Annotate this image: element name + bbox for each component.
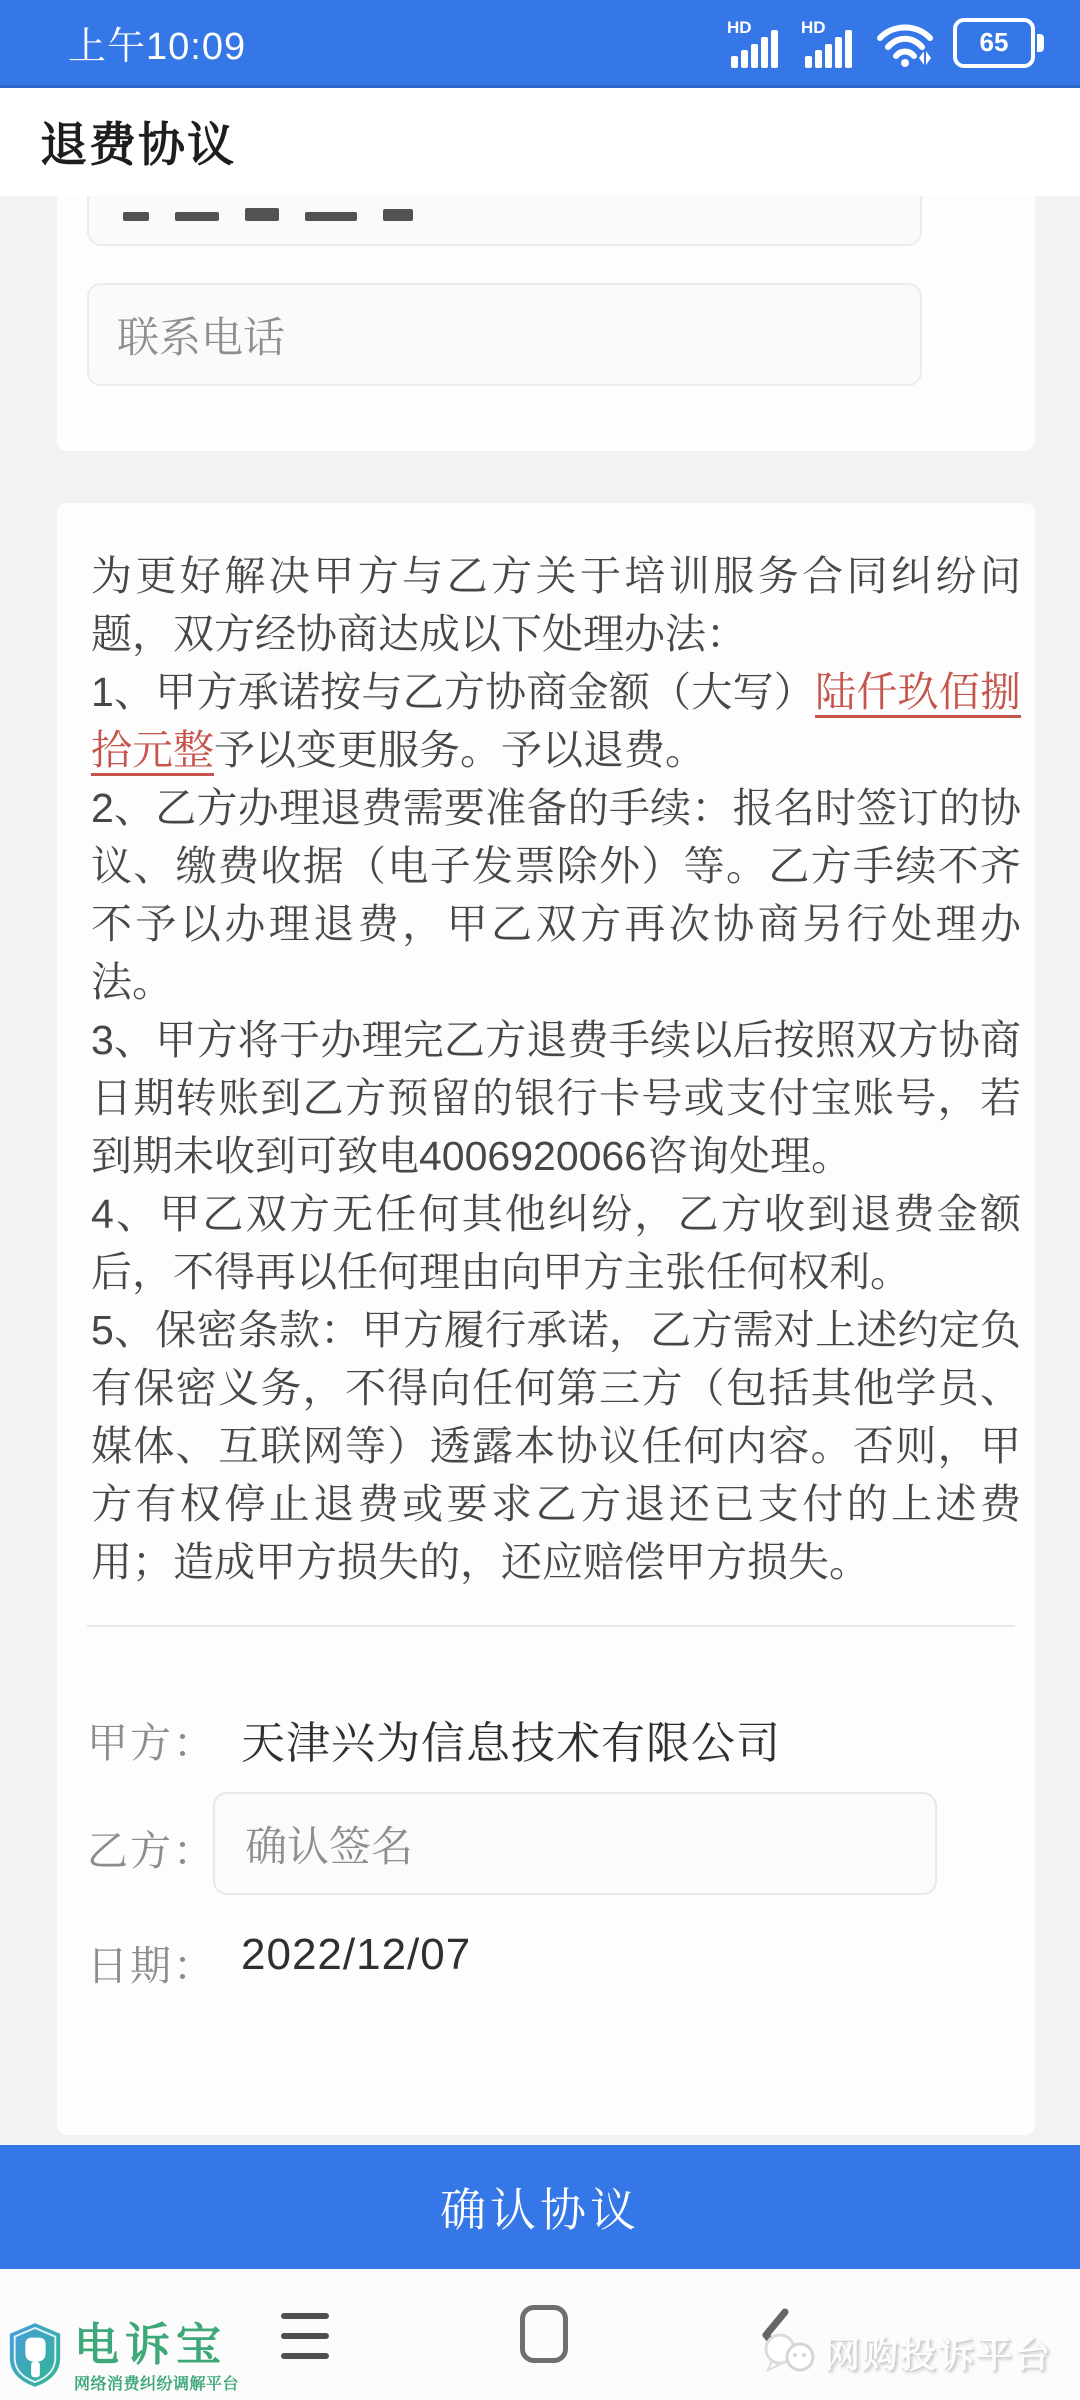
date-label: 日期： xyxy=(87,1933,216,1992)
status-bar: 上午10:09 HD HD xyxy=(0,0,1080,88)
dsb-logo: 电诉宝 网络消费纠纷调解平台 xyxy=(6,2321,239,2394)
dsb-logo-text: 电诉宝 xyxy=(74,2321,239,2369)
hd-signal-icon: HD xyxy=(727,18,783,68)
hd-signal-icon: HD xyxy=(801,18,857,68)
signature-placeholder: 确认签名 xyxy=(245,1814,413,1874)
agreement-clause-5: 5、保密条款：甲方履行承诺，乙方需对上述约定负有保密义务，不得向任何第三方（包括… xyxy=(91,1301,1021,1591)
party-b-label: 乙方： xyxy=(87,1818,216,1877)
party-a-label: 甲方： xyxy=(87,1710,216,1769)
cropped-text-fragment xyxy=(123,208,413,221)
chat-bubbles-icon xyxy=(762,2329,818,2377)
screen: 上午10:09 HD HD xyxy=(0,0,1080,2400)
dsb-logo-subtext: 网络消费纠纷调解平台 xyxy=(74,2371,239,2394)
party-a-value: 天津兴为信息技术有限公司 xyxy=(241,1707,781,1771)
contact-phone-input[interactable]: 联系电话 xyxy=(87,283,922,386)
confirm-agreement-button[interactable]: 确认协议 xyxy=(0,2145,1080,2269)
battery-icon: 65 xyxy=(953,18,1044,68)
watermark-text: 网购投诉平台 xyxy=(824,2327,1052,2378)
agreement-clause-2: 2、乙方办理退费需要准备的手续：报名时签订的协议、缴费收据（电子发票除外）等。乙… xyxy=(91,779,1021,1011)
signature-input[interactable]: 确认签名 xyxy=(213,1792,937,1895)
android-nav-bar: 电诉宝 网络消费纠纷调解平台 网购投诉平台 xyxy=(0,2269,1080,2400)
status-time: 上午10:09 xyxy=(68,15,246,70)
agreement-intro: 为更好解决甲方与乙方关于培训服务合同纠纷问题，双方经协商达成以下处理办法： xyxy=(91,547,1021,663)
agreement-clause-4: 4、甲乙双方无任何其他纠纷，乙方收到退费金额后，不得再以任何理由向甲方主张任何权… xyxy=(91,1185,1021,1301)
agreement-clause-3: 3、甲方将于办理完乙方退费手续以后按照双方协商日期转账到乙方预留的银行卡号或支付… xyxy=(91,1011,1021,1185)
battery-percent: 65 xyxy=(980,27,1009,58)
divider xyxy=(87,1625,1015,1627)
wifi-icon xyxy=(875,18,935,68)
agreement-clause-1: 1、甲方承诺按与乙方协商金额（大写）陆仟玖佰捌拾元整予以变更服务。予以退费。 xyxy=(91,663,1021,779)
agreement-card: 为更好解决甲方与乙方关于培训服务合同纠纷问题，双方经协商达成以下处理办法： 1、… xyxy=(57,503,1035,2135)
menu-icon[interactable] xyxy=(281,2299,329,2373)
agreement-text: 为更好解决甲方与乙方关于培训服务合同纠纷问题，双方经协商达成以下处理办法： 1、… xyxy=(91,547,1021,1591)
status-icons: HD HD xyxy=(727,18,1044,68)
cropped-field[interactable] xyxy=(87,196,922,246)
contact-phone-placeholder: 联系电话 xyxy=(117,305,285,365)
watermark: 网购投诉平台 xyxy=(762,2327,1052,2378)
date-value: 2022/12/07 xyxy=(241,1930,471,1980)
confirm-agreement-label: 确认协议 xyxy=(440,2174,640,2240)
recents-icon[interactable] xyxy=(520,2305,568,2363)
svg-text:HD: HD xyxy=(801,18,826,37)
page-title: 退费协议 xyxy=(40,88,236,196)
svg-text:HD: HD xyxy=(727,18,752,37)
app-header: 退费协议 xyxy=(0,88,1080,196)
shield-fist-icon xyxy=(6,2321,64,2389)
form-card: 联系电话 xyxy=(57,196,1035,451)
